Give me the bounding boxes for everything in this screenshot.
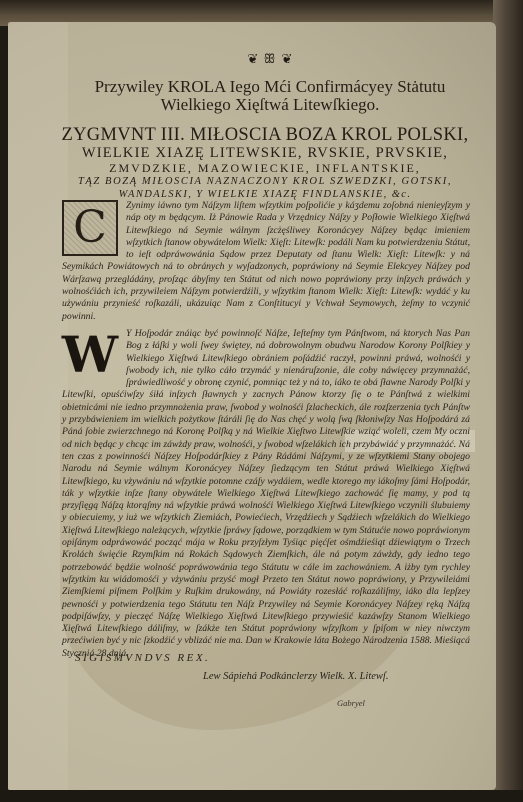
- page-content: ❦ ꕥ ❦ Przywiley KROLA Iego Mći Confirmác…: [0, 0, 523, 802]
- royal-titulary: ZYGMVNT III. MIŁOSCIA BOZA KROL POLSKI, …: [55, 125, 475, 201]
- royal-line-1: ZYGMVNT III. MIŁOSCIA BOZA KROL POLSKI,: [55, 125, 475, 145]
- title-line-1: Przywiley KROLA Iego Mći Confirmácyey St…: [85, 78, 455, 96]
- document-title: Przywiley KROLA Iego Mći Confirmácyey St…: [85, 78, 455, 114]
- paragraph-2: W Y Hoſpodár znáiąc być powinnoſć Náſze,…: [62, 328, 470, 660]
- title-line-2: Wielkiego Xięſtwá Litewſkiego.: [85, 96, 455, 114]
- paragraph-1-text: Zynimy iáwno tym Náſzym liſtem wſzytkim …: [62, 200, 470, 322]
- fleuron-ornament-icon: ❦ ꕥ ❦: [235, 52, 305, 66]
- decorated-initial-c-icon: C: [62, 200, 118, 256]
- scribe-name: Gabryel: [337, 698, 365, 708]
- royal-line-2: WIELKIE XIAZĘ LITEWSKIE, RVSKIE, PRVSKIE…: [55, 145, 475, 161]
- decorated-initial-w-icon: W: [62, 328, 118, 382]
- royal-line-4: TĄZ BOZĄ MIŁOSCIA NAZNACZONY KROL SZWEDZ…: [55, 175, 475, 188]
- vice-chancellor-countersignature: Lew Sápiehá Podkánclerzy Wielk. X. Litew…: [203, 671, 388, 682]
- royal-line-3: ZMVDZKIE, MAZOWIECKIE, INFLANTSKIE,: [55, 161, 475, 175]
- paragraph-1: C Zynimy iáwno tym Náſzym liſtem wſzytki…: [62, 200, 470, 323]
- paragraph-2-text: Y Hoſpodár znáiąc być powinnoſć Náſze, I…: [62, 328, 470, 659]
- royal-signature: SIGISMVNDVS REX.: [75, 652, 210, 664]
